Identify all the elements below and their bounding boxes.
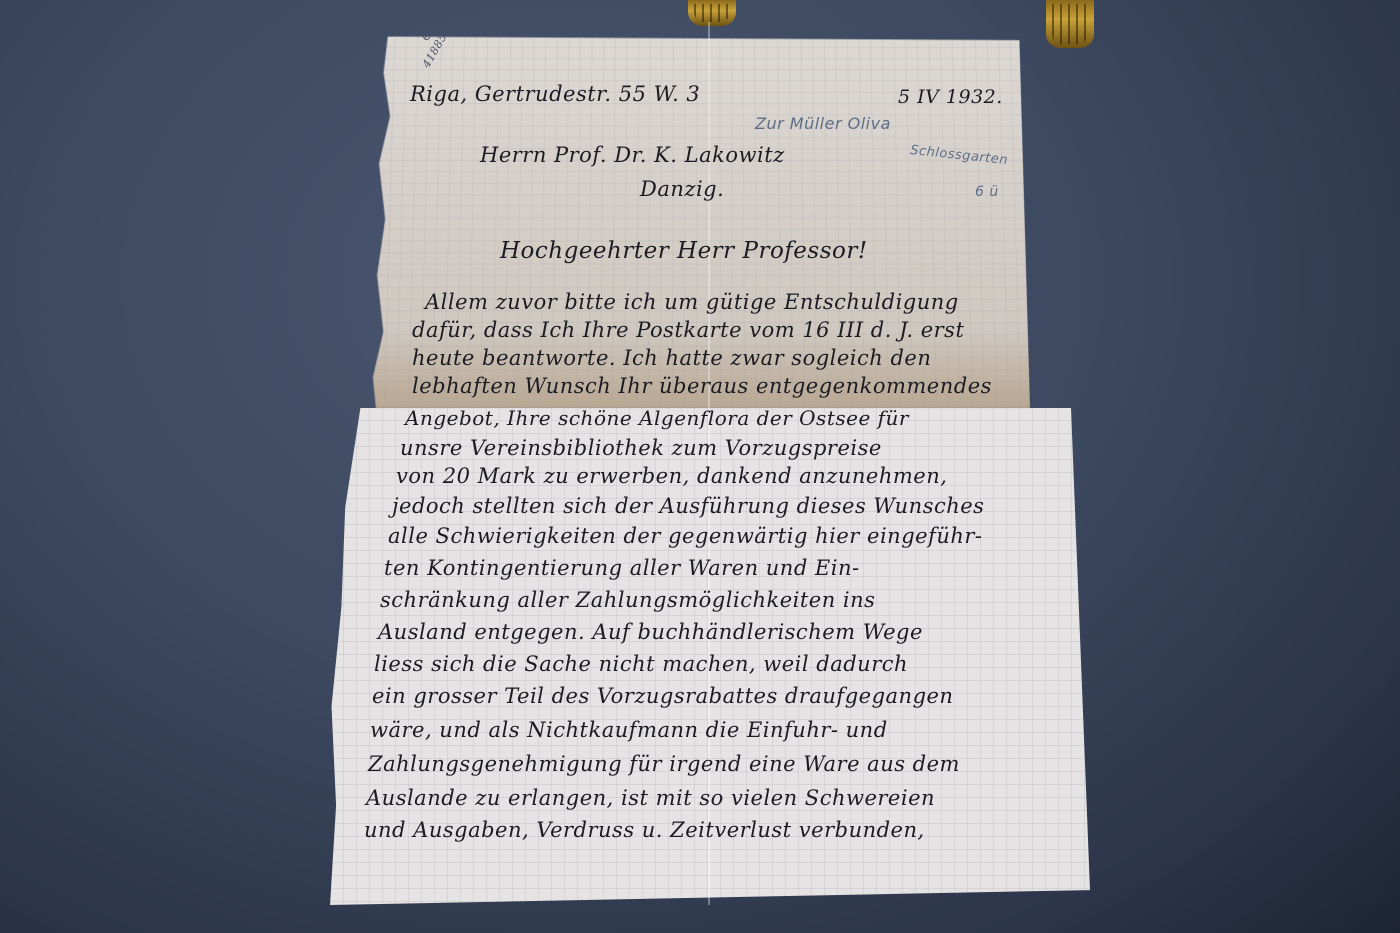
body-line: alle Schwierigkeiten der gegenwärtig hie… (388, 524, 983, 548)
body-line: lebhaften Wunsch Ihr überaus entgegenkom… (412, 374, 992, 398)
body-line: liess sich die Sache nicht machen, weil … (374, 652, 908, 676)
recipient-name: Herrn Prof. Dr. K. Lakowitz (480, 143, 785, 167)
archive-symbol: ⊘ (422, 30, 432, 43)
body-line: schränkung aller Zahlungsmöglichkeiten i… (380, 588, 875, 612)
body-line: heute beantworte. Ich hatte zwar sogleic… (412, 346, 931, 370)
letter-date: 5 IV 1932. (898, 86, 1003, 108)
body-line: Auslande zu erlangen, ist mit so vielen … (366, 786, 935, 810)
pencil-note-line-3: 6 ü (975, 184, 999, 200)
pencil-note-line-1: Zur Müller Oliva (755, 114, 891, 133)
body-line: wäre, und als Nichtkaufmann die Einfuhr-… (370, 718, 888, 742)
body-line: Ausland entgegen. Auf buchhändlerischem … (378, 620, 923, 644)
body-line: Allem zuvor bitte ich um gütige Entschul… (425, 290, 959, 314)
recipient-city: Danzig. (640, 177, 724, 201)
body-line: Zahlungsgenehmigung für irgend eine Ware… (368, 752, 960, 776)
letter-address: Riga, Gertrudestr. 55 W. 3 (410, 82, 700, 106)
body-line: von 20 Mark zu erwerben, dankend anzuneh… (396, 464, 947, 488)
body-line: ten Kontingentierung aller Waren und Ein… (384, 556, 860, 580)
brass-hand-clip-right (1046, 0, 1094, 48)
body-line: jedoch stellten sich der Ausführung dies… (392, 494, 984, 518)
body-line: unsre Vereinsbibliothek zum Vorzugspreis… (400, 436, 882, 460)
salutation: Hochgeehrter Herr Professor! (500, 238, 868, 264)
body-line: dafür, dass Ich Ihre Postkarte vom 16 II… (412, 318, 964, 342)
body-line: Angebot, Ihre schöne Algenflora der Osts… (405, 406, 909, 430)
body-line: ein grosser Teil des Vorzugsrabattes dra… (372, 684, 953, 708)
body-line: und Ausgaben, Verdruss u. Zeitverlust ve… (364, 818, 925, 842)
brass-hand-clip-left (688, 0, 736, 26)
